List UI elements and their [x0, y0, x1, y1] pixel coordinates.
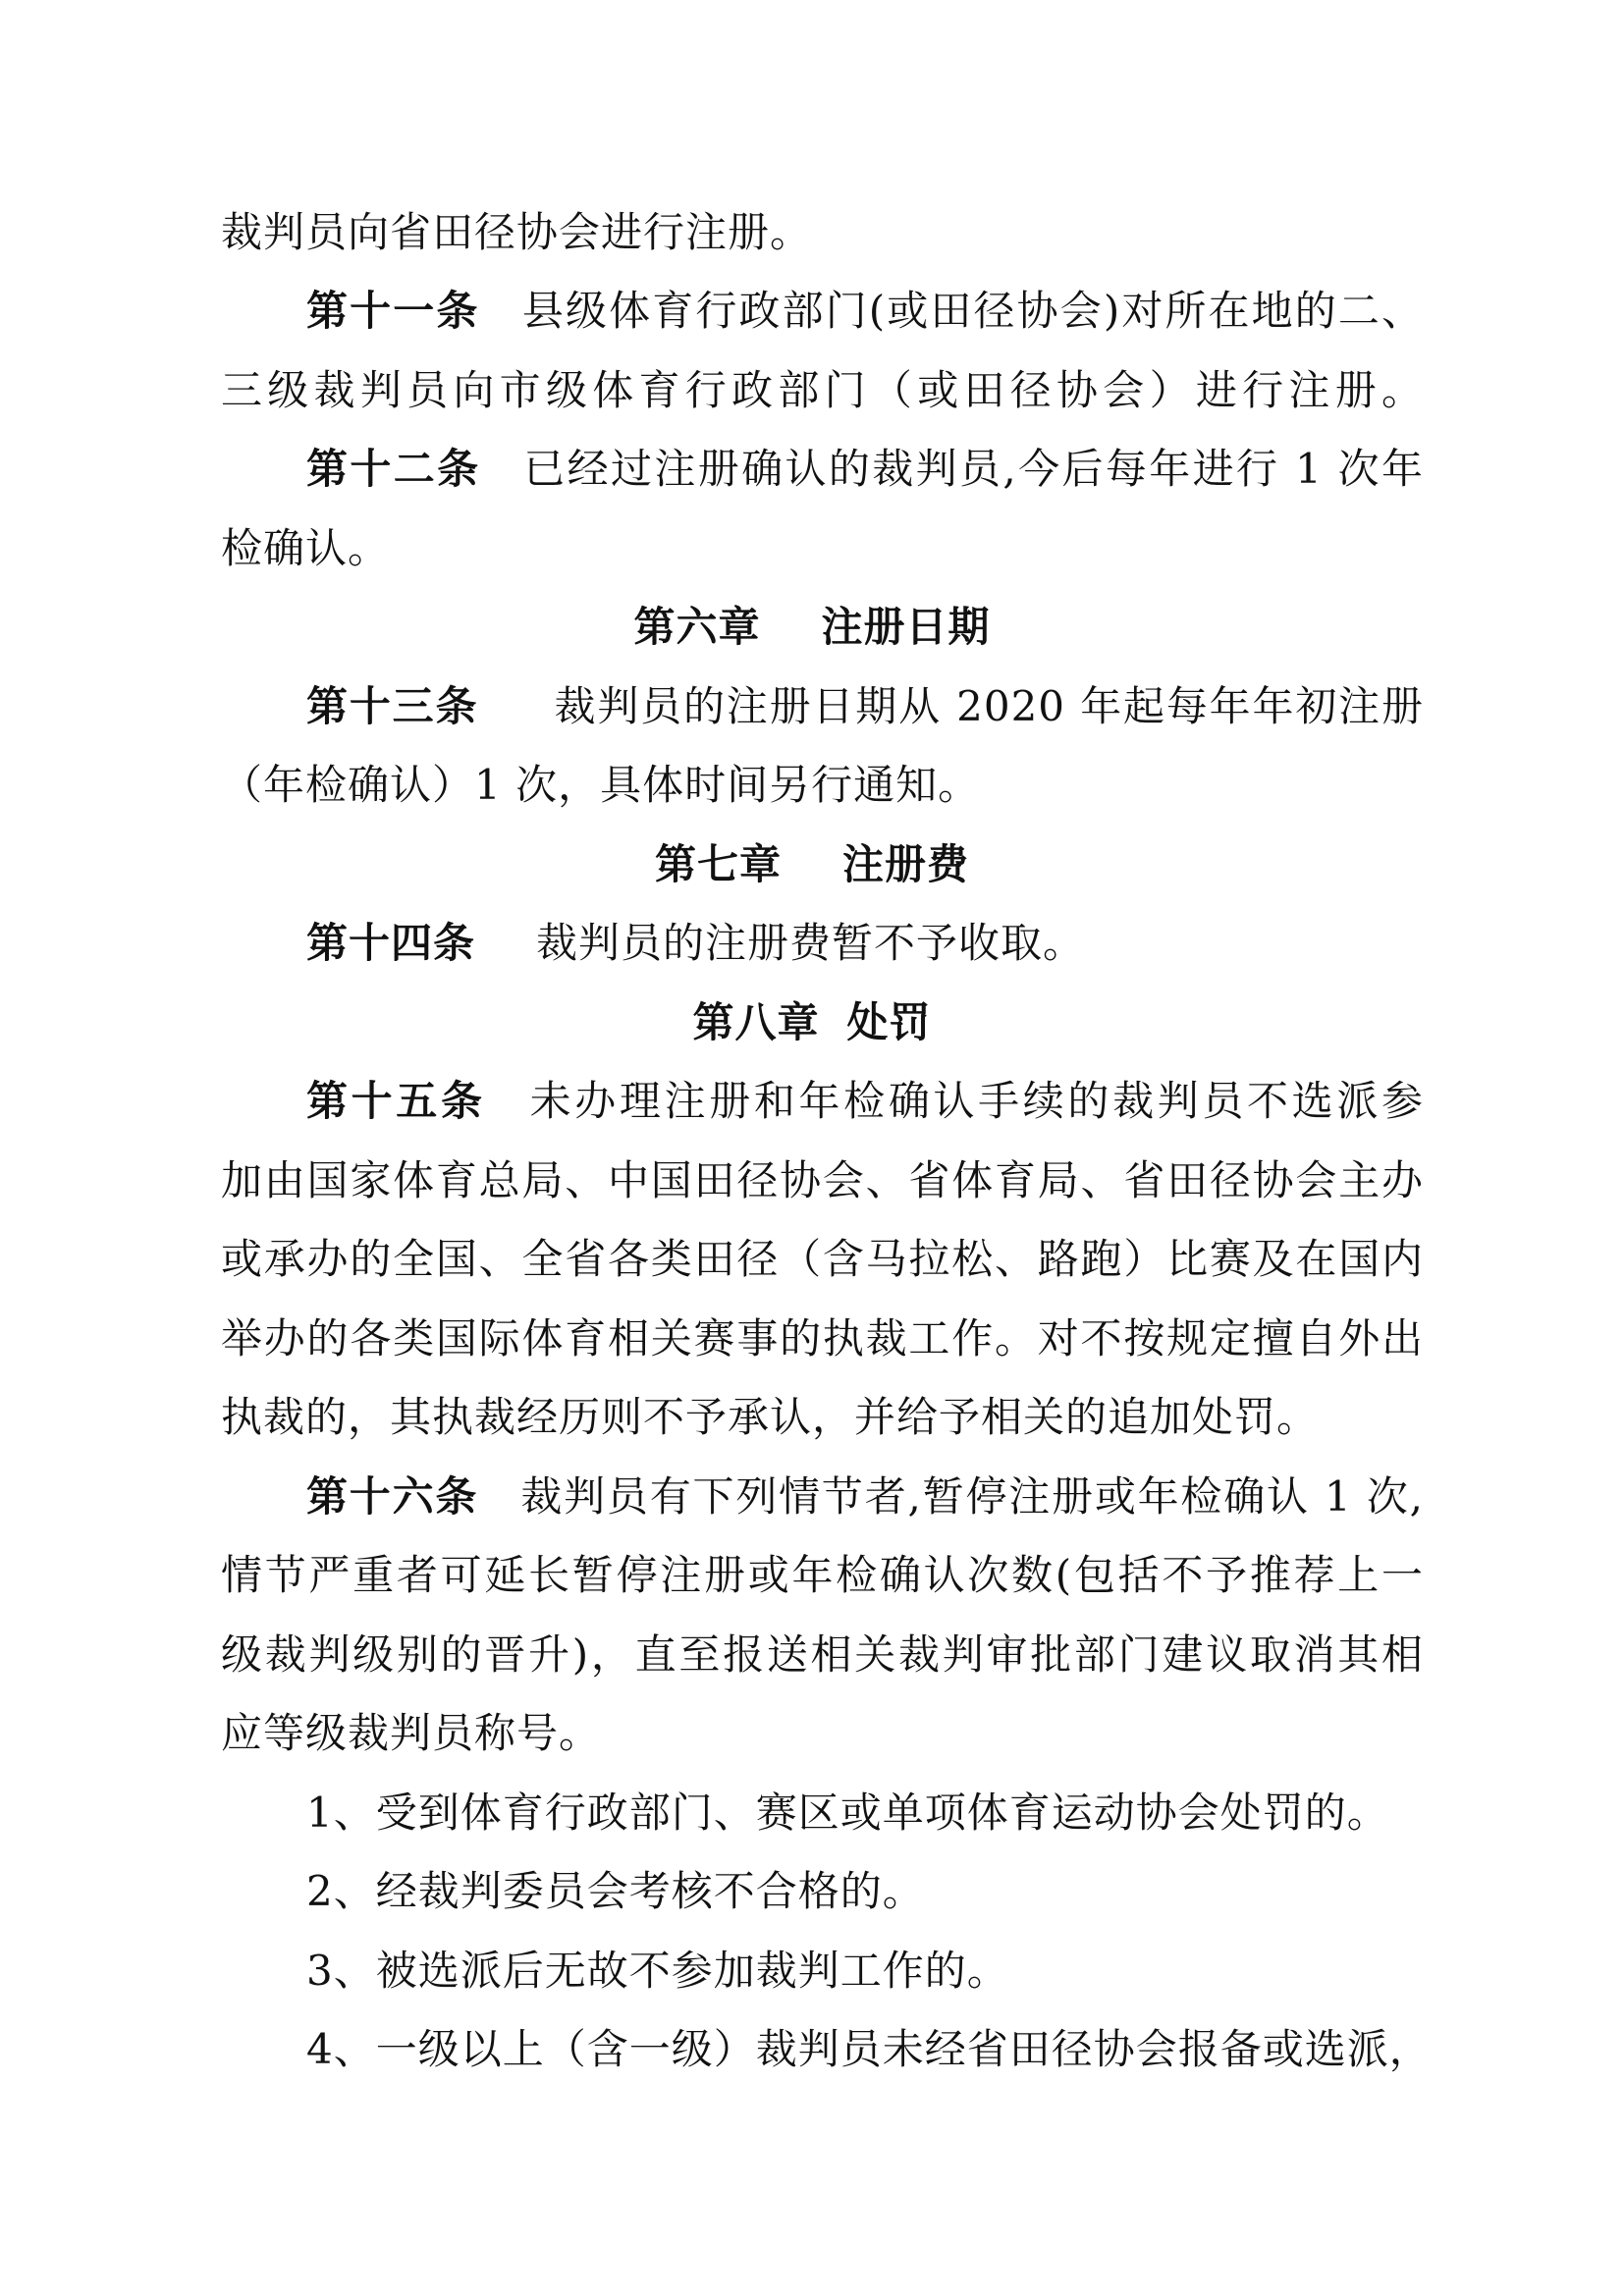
chapter-title: 注册日期 [822, 603, 991, 651]
paragraph-line: 情节严重者可延长暂停注册或年检确认次数(包括不予推荐上一 [221, 1536, 1424, 1615]
line-text: 应等级裁判员称号。 [221, 1709, 601, 1757]
paragraph-line: 应等级裁判员称号。 [221, 1694, 1424, 1773]
paragraph-line: （年检确认）1 次，具体时间另行通知。 [221, 746, 1424, 825]
line-text: 或承办的全国、全省各类田径（含马拉松、路跑）比赛及在国内 [221, 1235, 1424, 1283]
article-text: 裁判员的注册日期从 2020 年起每年年初注册 [555, 682, 1424, 730]
article-label: 第十五条 [306, 1077, 486, 1125]
article-label: 第十一条 [306, 287, 479, 335]
paragraph-line: 三级裁判员向市级体育行政部门（或田径协会）进行注册。 [221, 351, 1424, 430]
article-16: 第十六条 裁判员有下列情节者,暂停注册或年检确认 1 次, [221, 1458, 1424, 1536]
document-page: 裁判员向省田径协会进行注册。 第十一条 县级体育行政部门(或田径协会)对所在地的… [0, 0, 1624, 2296]
chapter-title: 处罚 [847, 998, 932, 1046]
article-label: 第十二条 [306, 445, 481, 493]
chapter-8-heading: 第八章处罚 [0, 984, 1624, 1062]
line-text: 情节严重者可延长暂停注册或年检确认次数(包括不予推荐上一 [221, 1551, 1424, 1599]
article-12: 第十二条 已经过注册确认的裁判员,今后每年进行 1 次年 [221, 430, 1424, 508]
article-text: 裁判员有下列情节者,暂停注册或年检确认 1 次, [520, 1472, 1424, 1521]
article-text: 裁判员的注册费暂不予收取。 [536, 919, 1085, 967]
paragraph-line: 执裁的，其执裁经历则不予承认，并给予相关的追加处罚。 [221, 1378, 1424, 1457]
chapter-number: 第八章 [692, 998, 819, 1046]
list-item-text: 4、一级以上（含一级）裁判员未经省田径协会报备或选派， [306, 2025, 1432, 2073]
line-text: 举办的各类国际体育相关赛事的执裁工作。对不按规定擅自外出 [221, 1314, 1424, 1362]
chapter-number: 第六章 [633, 603, 760, 651]
article-label: 第十四条 [306, 919, 475, 967]
list-item-text: 3、被选派后无故不参加裁判工作的。 [306, 1947, 1009, 1995]
line-text: 裁判员向省田径协会进行注册。 [221, 208, 812, 256]
list-item: 1、受到体育行政部门、赛区或单项体育运动协会处罚的。 [221, 1774, 1424, 1852]
list-item-text: 2、经裁判委员会考核不合格的。 [306, 1867, 925, 1915]
paragraph-line: 级裁判级别的晋升)，直至报送相关裁判审批部门建议取消其相 [221, 1616, 1424, 1694]
article-text: 县级体育行政部门(或田径协会)对所在地的二、 [522, 287, 1424, 335]
chapter-number: 第七章 [655, 840, 782, 888]
line-text: 级裁判级别的晋升)，直至报送相关裁判审批部门建议取消其相 [221, 1630, 1424, 1679]
line-text: 执裁的，其执裁经历则不予承认，并给予相关的追加处罚。 [221, 1393, 1319, 1441]
chapter-6-heading: 第六章注册日期 [0, 588, 1624, 667]
article-13: 第十三条 裁判员的注册日期从 2020 年起每年年初注册 [221, 667, 1424, 746]
article-label: 第十六条 [306, 1472, 478, 1521]
article-text: 已经过注册确认的裁判员,今后每年进行 1 次年 [523, 445, 1424, 493]
list-item: 2、经裁判委员会考核不合格的。 [221, 1852, 1424, 1931]
list-item: 4、一级以上（含一级）裁判员未经省田径协会报备或选派， [221, 2010, 1424, 2089]
list-item-text: 1、受到体育行政部门、赛区或单项体育运动协会处罚的。 [306, 1789, 1389, 1837]
chapter-title: 注册费 [842, 840, 969, 888]
line-text: 加由国家体育总局、中国田径协会、省体育局、省田径协会主办 [221, 1156, 1424, 1204]
article-text: 未办理注册和年检确认手续的裁判员不选派参 [530, 1077, 1424, 1125]
list-item: 3、被选派后无故不参加裁判工作的。 [221, 1932, 1424, 2010]
paragraph-line: 或承办的全国、全省各类田径（含马拉松、路跑）比赛及在国内 [221, 1220, 1424, 1299]
paragraph-line: 加由国家体育总局、中国田径协会、省体育局、省田径协会主办 [221, 1142, 1424, 1220]
article-14: 第十四条裁判员的注册费暂不予收取。 [221, 904, 1424, 983]
line-text: 检确认。 [221, 524, 390, 572]
article-11: 第十一条 县级体育行政部门(或田径协会)对所在地的二、 [221, 272, 1424, 350]
chapter-7-heading: 第七章注册费 [0, 826, 1624, 904]
paragraph-continuation: 裁判员向省田径协会进行注册。 [221, 193, 1424, 272]
paragraph-line: 检确认。 [221, 509, 1424, 588]
line-text: （年检确认）1 次，具体时间另行通知。 [221, 761, 980, 809]
article-label: 第十三条 [306, 682, 478, 730]
paragraph-line: 举办的各类国际体育相关赛事的执裁工作。对不按规定擅自外出 [221, 1300, 1424, 1378]
article-15: 第十五条 未办理注册和年检确认手续的裁判员不选派参 [221, 1062, 1424, 1141]
line-text: 三级裁判员向市级体育行政部门（或田径协会）进行注册。 [221, 366, 1424, 414]
